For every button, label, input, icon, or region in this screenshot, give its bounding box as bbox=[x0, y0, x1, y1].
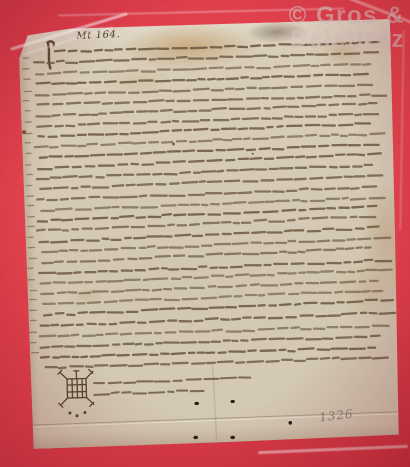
plastic-sleeve-bottom-reflection bbox=[258, 445, 408, 454]
notarial-sign bbox=[58, 369, 94, 417]
margin-ruling-ticks bbox=[22, 58, 39, 353]
vertical-crease bbox=[213, 364, 217, 440]
script-lines bbox=[32, 41, 397, 396]
plastic-sleeve-top-edge bbox=[58, 8, 344, 17]
auction-photo: Mt 164. 1326 © Gros & Delettrez bbox=[0, 0, 410, 467]
parchment-document: Mt 164. 1326 bbox=[18, 19, 402, 449]
manuscript-body bbox=[18, 19, 402, 449]
plastic-sleeve-right-edge bbox=[399, 30, 404, 230]
